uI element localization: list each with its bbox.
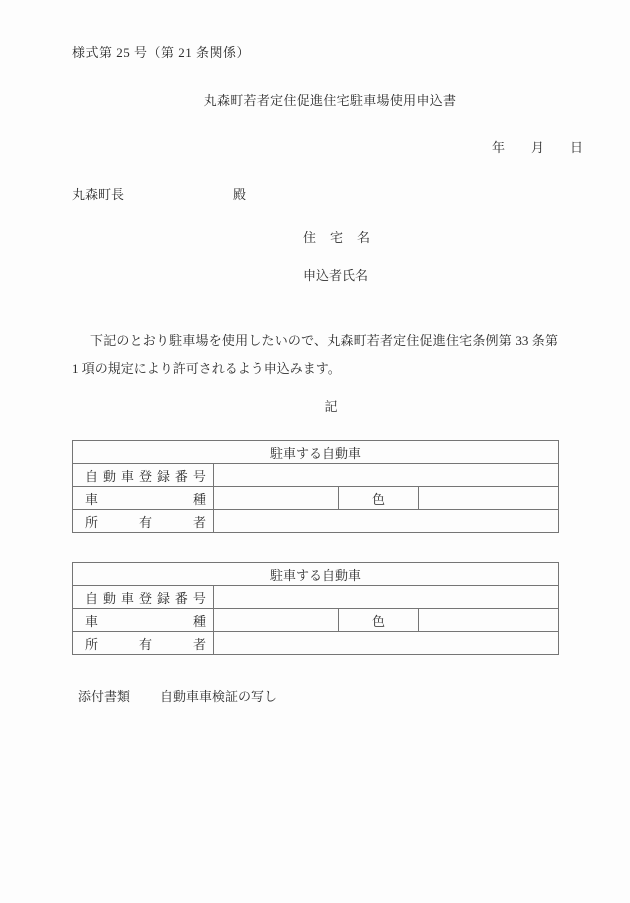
addressee-line: 丸森町長殿 (72, 184, 246, 203)
applicant-name-label: 申込者氏名 (303, 265, 370, 284)
date-day-label: 日 (570, 137, 583, 156)
table-row: 駐車する自動車 (73, 563, 559, 586)
owner-cell (214, 510, 559, 533)
form-number: 様式第 25 号（第 21 条関係） (72, 42, 250, 61)
table-row: 所有者 (73, 510, 559, 533)
table-row: 車種 色 (73, 609, 559, 632)
attachment-value: 自動車車検証の写し (160, 686, 277, 705)
date-line: 年 月 日 (492, 137, 583, 156)
date-month-label: 月 (531, 137, 544, 156)
color-label: 色 (339, 609, 419, 632)
color-cell (419, 609, 559, 632)
addressee-honorific: 殿 (233, 187, 246, 202)
table-caption: 駐車する自動車 (73, 563, 559, 586)
table-row: 車種 色 (73, 487, 559, 510)
table-caption: 駐車する自動車 (73, 441, 559, 464)
table-row: 自動車登録番号 (73, 586, 559, 609)
vehicle-table-2: 駐車する自動車 自動車登録番号 車種 色 所有者 (72, 562, 559, 655)
vehicle-type-label: 車種 (73, 487, 214, 510)
vehicle-type-cell (214, 487, 339, 510)
date-year-label: 年 (492, 137, 505, 156)
table-row: 駐車する自動車 (73, 441, 559, 464)
registration-number-cell (214, 586, 559, 609)
owner-label: 所有者 (73, 510, 214, 533)
addressee-name: 丸森町長 (72, 187, 124, 202)
color-label: 色 (339, 487, 419, 510)
owner-label: 所有者 (73, 632, 214, 655)
record-heading: 記 (0, 396, 630, 415)
color-cell (419, 487, 559, 510)
registration-number-label: 自動車登録番号 (73, 464, 214, 487)
attachment-line: 添付書類 自動車車検証の写し (78, 686, 277, 705)
table-row: 自動車登録番号 (73, 464, 559, 487)
attachment-label: 添付書類 (78, 686, 130, 705)
vehicle-type-label: 車種 (73, 609, 214, 632)
vehicle-type-cell (214, 609, 339, 632)
housing-name-label: 住宅名 (303, 227, 370, 246)
table-row: 所有者 (73, 632, 559, 655)
application-form-page: 様式第 25 号（第 21 条関係） 丸森町若者定住促進住宅駐車場使用申込書 年… (0, 0, 630, 903)
registration-number-cell (214, 464, 559, 487)
request-paragraph: 下記のとおり駐車場を使用したいので、丸森町若者定住促進住宅条例第 33 条第 1… (72, 327, 558, 383)
registration-number-label: 自動車登録番号 (73, 586, 214, 609)
page-title: 丸森町若者定住促進住宅駐車場使用申込書 (0, 90, 630, 109)
vehicle-table-1: 駐車する自動車 自動車登録番号 車種 色 所有者 (72, 440, 559, 533)
owner-cell (214, 632, 559, 655)
